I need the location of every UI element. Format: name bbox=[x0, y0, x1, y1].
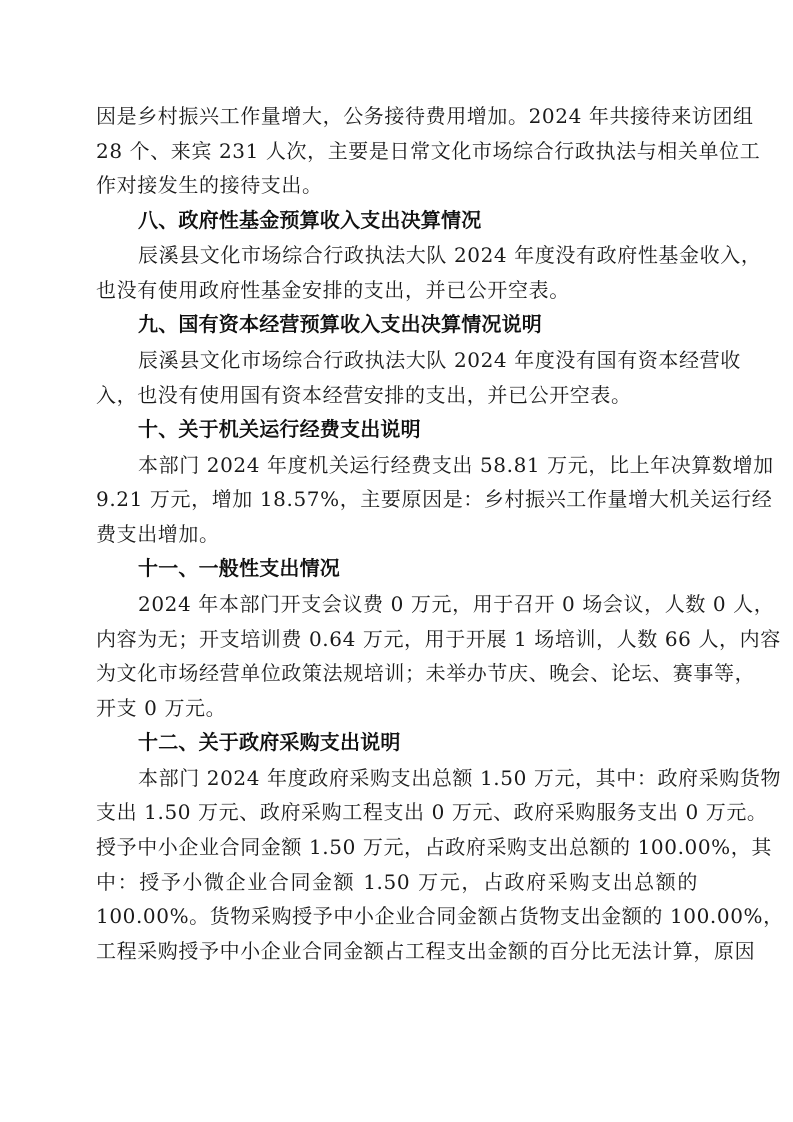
text-line: 100.00%。货物采购授予中小企业合同金额占货物支出金额的 100.00%， bbox=[96, 899, 698, 934]
document-page: 因是乡村振兴工作量增大，公务接待费用增加。2024 年共接待来访团组 28 个、… bbox=[96, 99, 698, 968]
text-line: 因是乡村振兴工作量增大，公务接待费用增加。2024 年共接待来访团组 bbox=[96, 99, 698, 134]
text-line: 支出 1.50 万元、政府采购工程支出 0 万元、政府采购服务支出 0 万元。 bbox=[96, 795, 698, 830]
text-line: 也没有使用政府性基金安排的支出，并已公开空表。 bbox=[96, 273, 698, 308]
section-heading-8: 八、政府性基金预算收入支出决算情况 bbox=[96, 203, 698, 239]
text-line: 工程采购授予中小企业合同金额占工程支出金额的百分比无法计算，原因 bbox=[96, 934, 698, 969]
paragraph-section-10: 本部门 2024 年度机关运行经费支出 58.81 万元，比上年决算数增加 9.… bbox=[96, 448, 698, 552]
text-line: 28 个、来宾 231 人次，主要是日常文化市场综合行政执法与相关单位工 bbox=[96, 134, 698, 169]
paragraph-reception-continuation: 因是乡村振兴工作量增大，公务接待费用增加。2024 年共接待来访团组 28 个、… bbox=[96, 99, 698, 203]
section-heading-11: 十一、一般性支出情况 bbox=[96, 551, 698, 587]
text-line: 作对接发生的接待支出。 bbox=[96, 168, 698, 203]
text-line: 内容为无；开支培训费 0.64 万元，用于开展 1 场培训，人数 66 人，内容 bbox=[96, 622, 698, 657]
section-heading-10: 十、关于机关运行经费支出说明 bbox=[96, 412, 698, 448]
text-line: 2024 年本部门开支会议费 0 万元，用于召开 0 场会议，人数 0 人， bbox=[96, 587, 698, 622]
text-line: 为文化市场经营单位政策法规培训；未举办节庆、晚会、论坛、赛事等， bbox=[96, 656, 698, 691]
paragraph-section-11: 2024 年本部门开支会议费 0 万元，用于召开 0 场会议，人数 0 人， 内… bbox=[96, 587, 698, 725]
text-line: 本部门 2024 年度机关运行经费支出 58.81 万元，比上年决算数增加 bbox=[96, 448, 698, 483]
paragraph-section-8: 辰溪县文化市场综合行政执法大队 2024 年度没有政府性基金收入， 也没有使用政… bbox=[96, 238, 698, 307]
text-line: 辰溪县文化市场综合行政执法大队 2024 年度没有政府性基金收入， bbox=[96, 238, 698, 273]
text-line: 本部门 2024 年度政府采购支出总额 1.50 万元，其中：政府采购货物 bbox=[96, 761, 698, 796]
text-line: 9.21 万元，增加 18.57%，主要原因是：乡村振兴工作量增大机关运行经 bbox=[96, 482, 698, 517]
section-heading-12: 十二、关于政府采购支出说明 bbox=[96, 725, 698, 761]
paragraph-section-12: 本部门 2024 年度政府采购支出总额 1.50 万元，其中：政府采购货物 支出… bbox=[96, 761, 698, 969]
text-line: 开支 0 万元。 bbox=[96, 691, 698, 726]
paragraph-section-9: 辰溪县文化市场综合行政执法大队 2024 年度没有国有资本经营收 入，也没有使用… bbox=[96, 343, 698, 412]
text-line: 费支出增加。 bbox=[96, 517, 698, 552]
section-heading-9: 九、国有资本经营预算收入支出决算情况说明 bbox=[96, 307, 698, 343]
text-line: 授予中小企业合同金额 1.50 万元，占政府采购支出总额的 100.00%，其 bbox=[96, 830, 698, 865]
text-line: 入，也没有使用国有资本经营安排的支出，并已公开空表。 bbox=[96, 378, 698, 413]
text-line: 中：授予小微企业合同金额 1.50 万元，占政府采购支出总额的 bbox=[96, 865, 698, 900]
text-line: 辰溪县文化市场综合行政执法大队 2024 年度没有国有资本经营收 bbox=[96, 343, 698, 378]
